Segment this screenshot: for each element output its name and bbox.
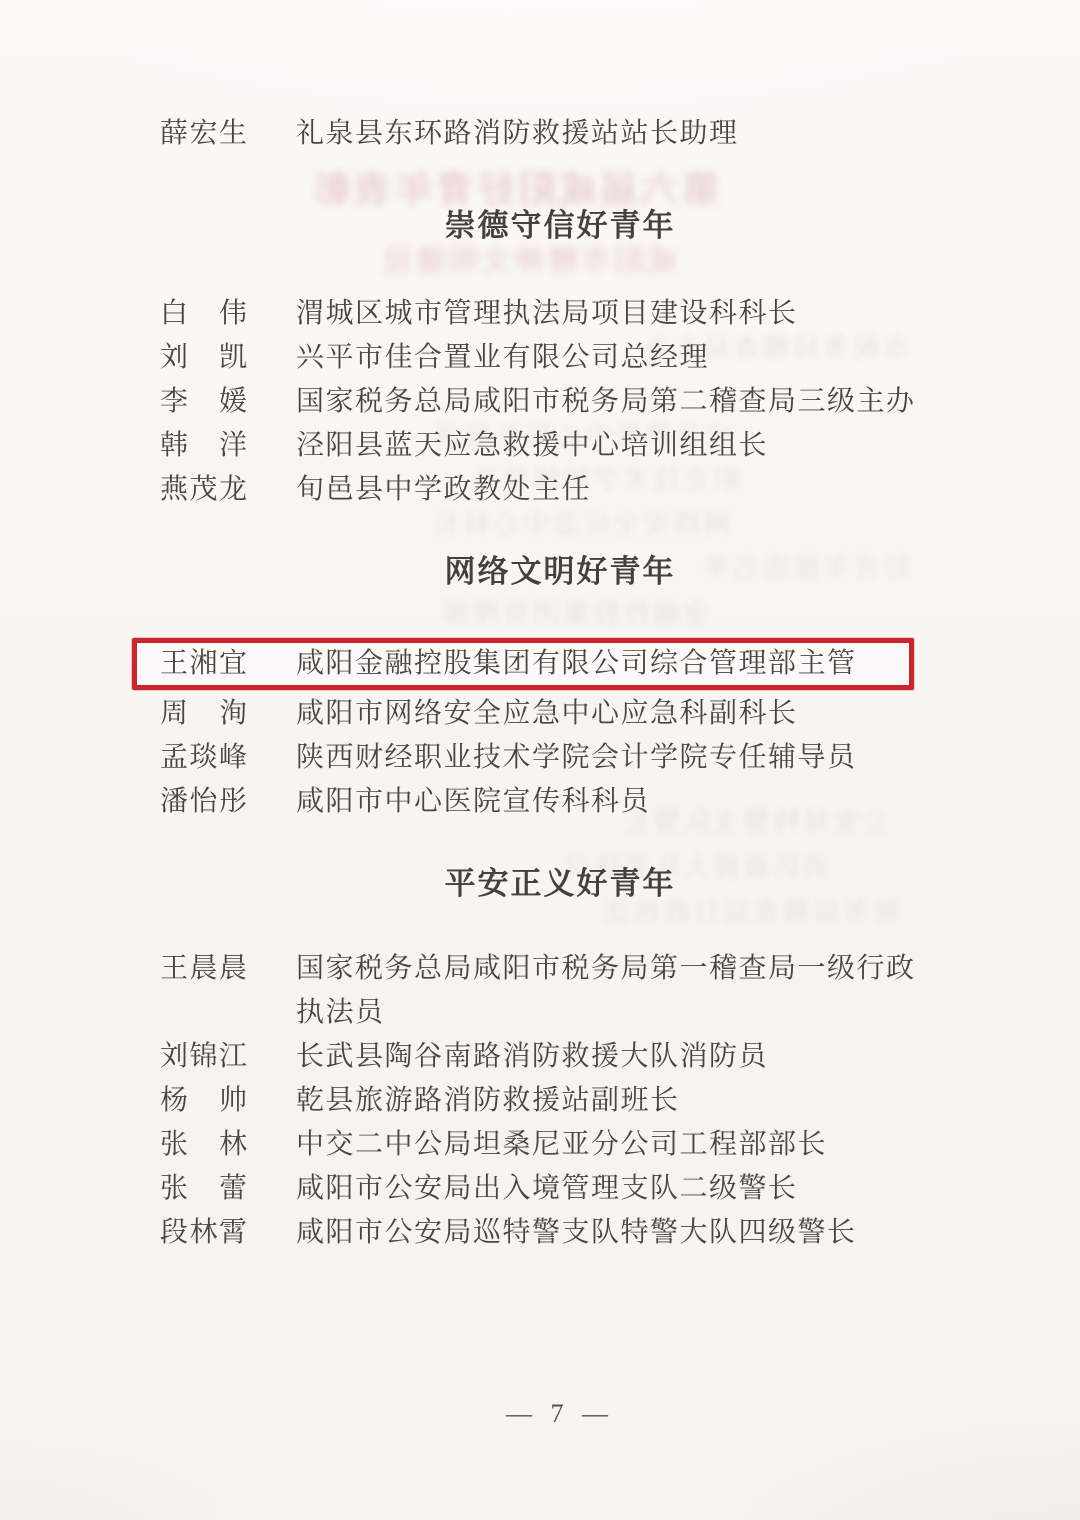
entry-name: 张 林 <box>160 1123 252 1167</box>
bleedthrough-artifact: 网络安全应急中心科长 <box>430 508 730 540</box>
section-entries-wangluo-wenming: 王湘宜 咸阳金融控股集团有限公司综合管理部主管 周 洵 咸阳市网络安全应急中心应… <box>160 642 857 824</box>
entry-name: 刘锦江 <box>160 1035 252 1079</box>
roster-entry: 刘锦江 长武县陶谷南路消防救援大队消防员 <box>160 1035 926 1079</box>
section-heading-pingan-zhengyi: 平安正义好青年 <box>160 862 960 906</box>
roster-entry: 潘怡彤 咸阳市中心医院宣传科科员 <box>160 780 857 824</box>
entry-title: 咸阳金融控股集团有限公司综合管理部主管 <box>296 642 857 686</box>
entry-title: 咸阳市网络安全应急中心应急科副科长 <box>296 692 798 736</box>
roster-entry: 段林霄 咸阳市公安局巡特警支队特警大队四级警长 <box>160 1211 926 1255</box>
entry-name: 王晨晨 <box>160 947 252 991</box>
roster-entry: 孟琰峰 陕西财经职业技术学院会计学院专任辅导员 <box>160 736 857 780</box>
roster-entry: 燕茂龙 旬邑县中学政教处主任 <box>160 468 916 512</box>
entry-name: 韩 洋 <box>160 424 252 468</box>
entry-name: 潘怡彤 <box>160 780 252 824</box>
roster-entry: 杨 帅 乾县旅游路消防救援站副班长 <box>160 1079 926 1123</box>
entry-name: 周 洵 <box>160 692 252 736</box>
section-heading-wangluo-wenming: 网络文明好青年 <box>160 550 960 594</box>
bleedthrough-artifact: 咸阳市精神文明建设 <box>380 244 677 280</box>
entry-name: 白 伟 <box>160 292 252 336</box>
roster-entry: 张 蕾 咸阳市公安局出入境管理支队二级警长 <box>160 1167 926 1211</box>
entry-name: 杨 帅 <box>160 1079 252 1123</box>
roster-entry: 白 伟 渭城区城市管理执法局项目建设科科长 <box>160 292 916 336</box>
entry-name: 段林霄 <box>160 1211 252 1255</box>
roster-entry: 刘 凯 兴平市佳合置业有限公司总经理 <box>160 336 916 380</box>
roster-entry: 周 洵 咸阳市网络安全应急中心应急科副科长 <box>160 692 857 736</box>
entry-title: 国家税务总局咸阳市税务局第二稽查局三级主办 <box>296 380 916 424</box>
entry-name: 李 媛 <box>160 380 252 424</box>
section-entries-pingan-zhengyi: 王晨晨 国家税务总局咸阳市税务局第一稽查局一级行政执法员 刘锦江 长武县陶谷南路… <box>160 947 926 1255</box>
entry-title: 中交二中公局坦桑尼亚分公司工程部部长 <box>296 1123 827 1167</box>
roster-entry-highlighted: 王湘宜 咸阳金融控股集团有限公司综合管理部主管 <box>160 642 857 686</box>
scanned-document-page: 第六届咸阳好青年表彰 咸阳市精神文明建设 市税务局稽查局主办 应急救援中心组长培… <box>0 0 1080 1520</box>
entry-name: 刘 凯 <box>160 336 252 380</box>
entry-title: 旬邑县中学政教处主任 <box>296 468 591 512</box>
entry-title: 咸阳市公安局出入境管理支队二级警长 <box>296 1167 798 1211</box>
entry-title: 泾阳县蓝天应急救援中心培训组组长 <box>296 424 768 468</box>
section-heading-chongde-shouxin: 崇德守信好青年 <box>160 204 960 248</box>
entry-title: 国家税务总局咸阳市税务局第一稽查局一级行政执法员 <box>296 947 926 1035</box>
entry-name: 王湘宜 <box>160 642 252 686</box>
entry-name: 孟琰峰 <box>160 736 252 780</box>
roster-entry: 张 林 中交二中公局坦桑尼亚分公司工程部部长 <box>160 1123 926 1167</box>
entry-title: 陕西财经职业技术学院会计学院专任辅导员 <box>296 736 857 780</box>
page-number: — 7 — <box>160 1392 960 1436</box>
entry-title: 咸阳市中心医院宣传科科员 <box>296 780 650 824</box>
continuation-entry-block: 薛宏生 礼泉县东环路消防救援站站长助理 <box>160 112 739 156</box>
bleedthrough-artifact: 金融控股集团管理部 <box>440 598 710 630</box>
entry-name: 燕茂龙 <box>160 468 252 512</box>
entry-title: 乾县旅游路消防救援站副班长 <box>296 1079 680 1123</box>
entry-title: 咸阳市公安局巡特警支队特警大队四级警长 <box>296 1211 857 1255</box>
entry-name: 张 蕾 <box>160 1167 252 1211</box>
roster-entry: 薛宏生 礼泉县东环路消防救援站站长助理 <box>160 112 739 156</box>
entry-title: 礼泉县东环路消防救援站站长助理 <box>296 112 739 156</box>
entry-title: 渭城区城市管理执法局项目建设科科长 <box>296 292 798 336</box>
roster-entry: 李 媛 国家税务总局咸阳市税务局第二稽查局三级主办 <box>160 380 916 424</box>
roster-entry: 韩 洋 泾阳县蓝天应急救援中心培训组组长 <box>160 424 916 468</box>
entry-title: 长武县陶谷南路消防救援大队消防员 <box>296 1035 768 1079</box>
entry-name: 薛宏生 <box>160 112 252 156</box>
entry-title: 兴平市佳合置业有限公司总经理 <box>296 336 709 380</box>
section-entries-chongde-shouxin: 白 伟 渭城区城市管理执法局项目建设科科长 刘 凯 兴平市佳合置业有限公司总经理… <box>160 292 916 512</box>
roster-entry: 王晨晨 国家税务总局咸阳市税务局第一稽查局一级行政执法员 <box>160 947 926 1035</box>
